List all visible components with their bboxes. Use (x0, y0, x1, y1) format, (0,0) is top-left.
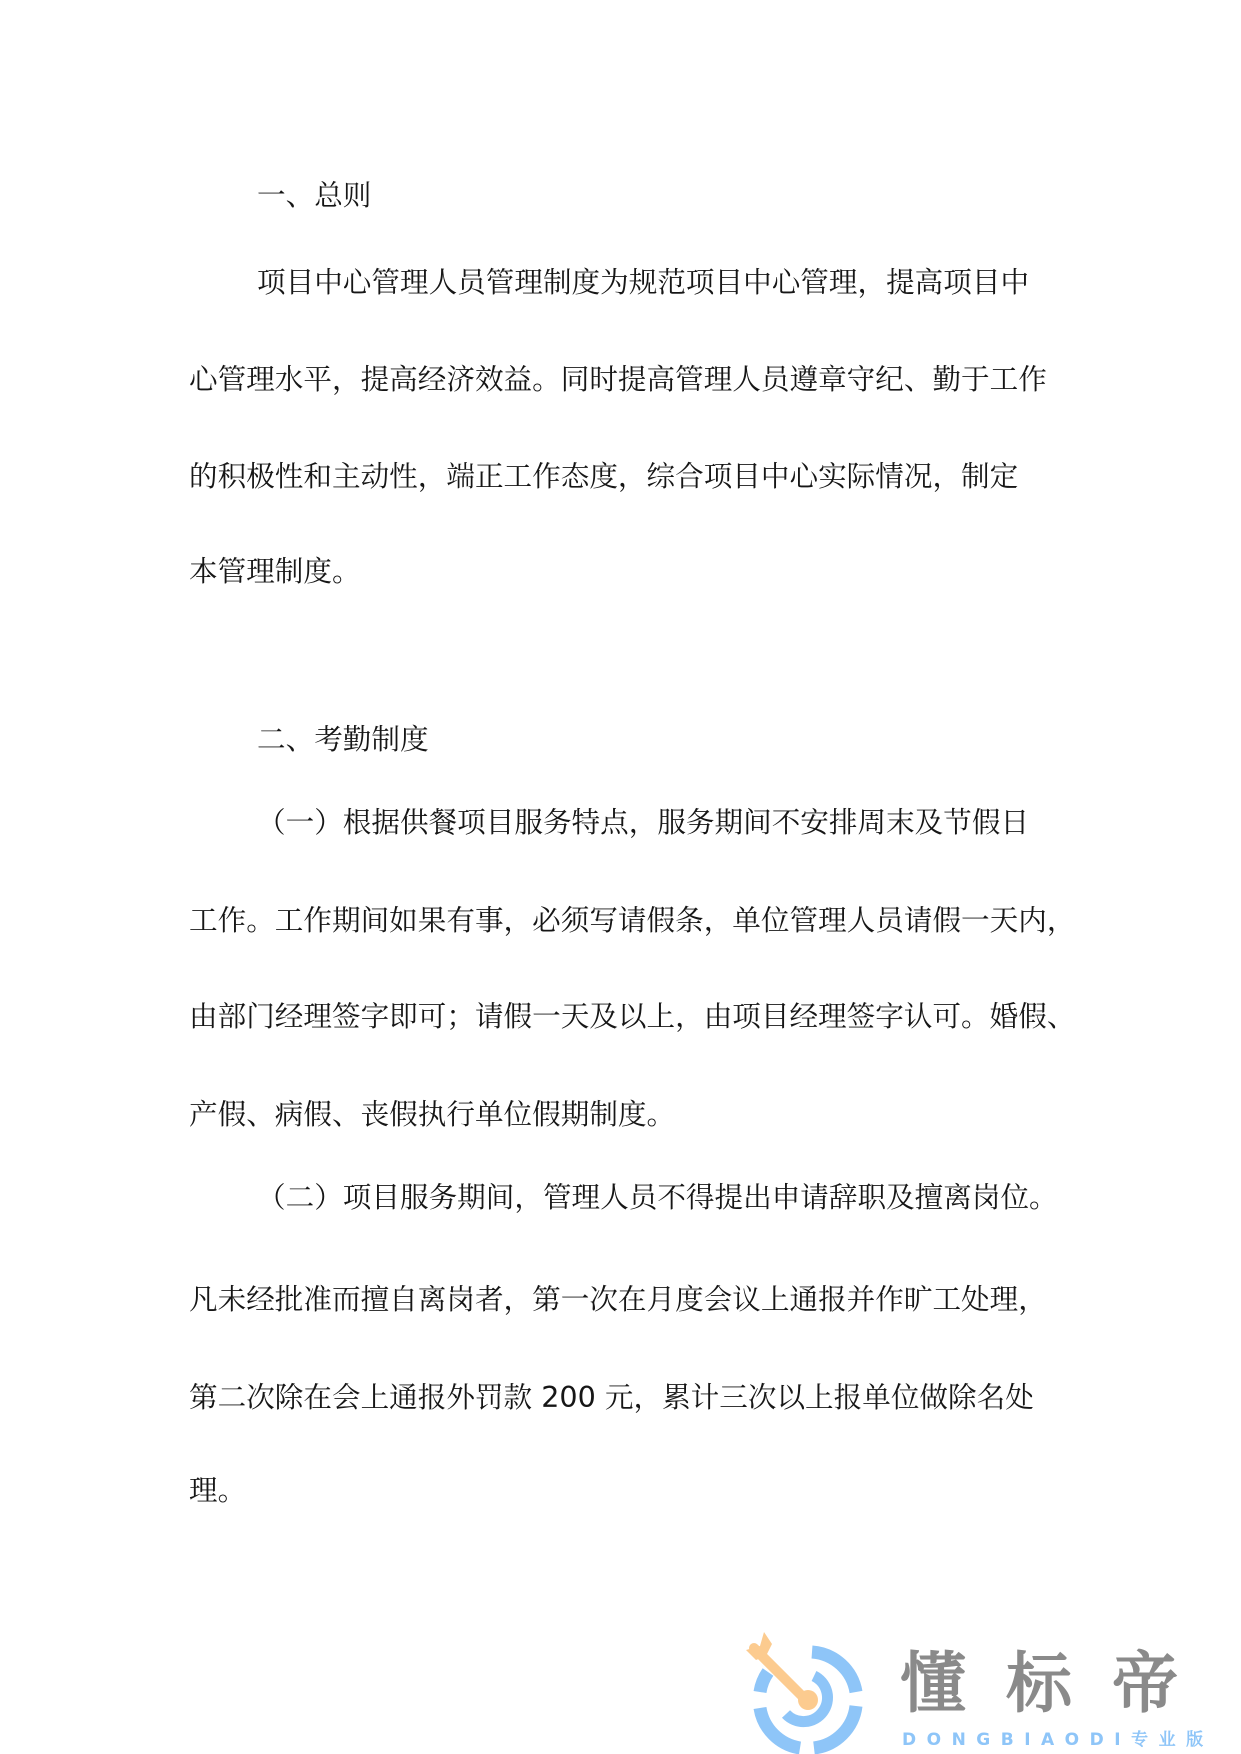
paragraph-line: 理。 (189, 1474, 246, 1506)
section-heading-general: 一、总则 (257, 179, 371, 211)
paragraph-line: （二）项目服务期间，管理人员不得提出申请辞职及擅离岗位。 (257, 1181, 1058, 1213)
section-heading-attendance: 二、考勤制度 (257, 723, 429, 755)
paragraph-line: 本管理制度。 (189, 555, 361, 587)
paragraph-line: 心管理水平，提高经济效益。同时提高管理人员遵章守纪、勤于工作 (189, 363, 1047, 395)
paragraph-line: 凡未经批准而擅自离岗者，第一次在月度会议上通报并作旷工处理， (189, 1283, 1047, 1315)
paragraph-line: 项目中心管理人员管理制度为规范项目中心管理，提高项目中 (257, 266, 1029, 298)
watermark-title: 懂标帝 (900, 1646, 1218, 1722)
document-page: 一、总则 项目中心管理人员管理制度为规范项目中心管理，提高项目中 心管理水平，提… (0, 0, 1241, 1754)
watermark-subtitle: DONGBIAODI专业版 (902, 1730, 1214, 1750)
paragraph-line: 由部门经理签字即可；请假一天及以上，由项目经理签字认可。婚假、 (189, 1000, 1075, 1032)
paragraph-line: 工作。工作期间如果有事，必须写请假条，单位管理人员请假一天内， (189, 904, 1075, 936)
watermark-logo: 懂标帝 DONGBIAODI专业版 (740, 1630, 1241, 1754)
paragraph-line: （一）根据供餐项目服务特点，服务期间不安排周末及节假日 (257, 806, 1029, 838)
paragraph-line: 第二次除在会上通报外罚款 200 元，累计三次以上报单位做除名处 (189, 1381, 1034, 1413)
target-arrow-icon (740, 1630, 890, 1754)
paragraph-line: 产假、病假、丧假执行单位假期制度。 (189, 1098, 675, 1130)
paragraph-line: 的积极性和主动性，端正工作态度，综合项目中心实际情况，制定 (189, 460, 1018, 492)
